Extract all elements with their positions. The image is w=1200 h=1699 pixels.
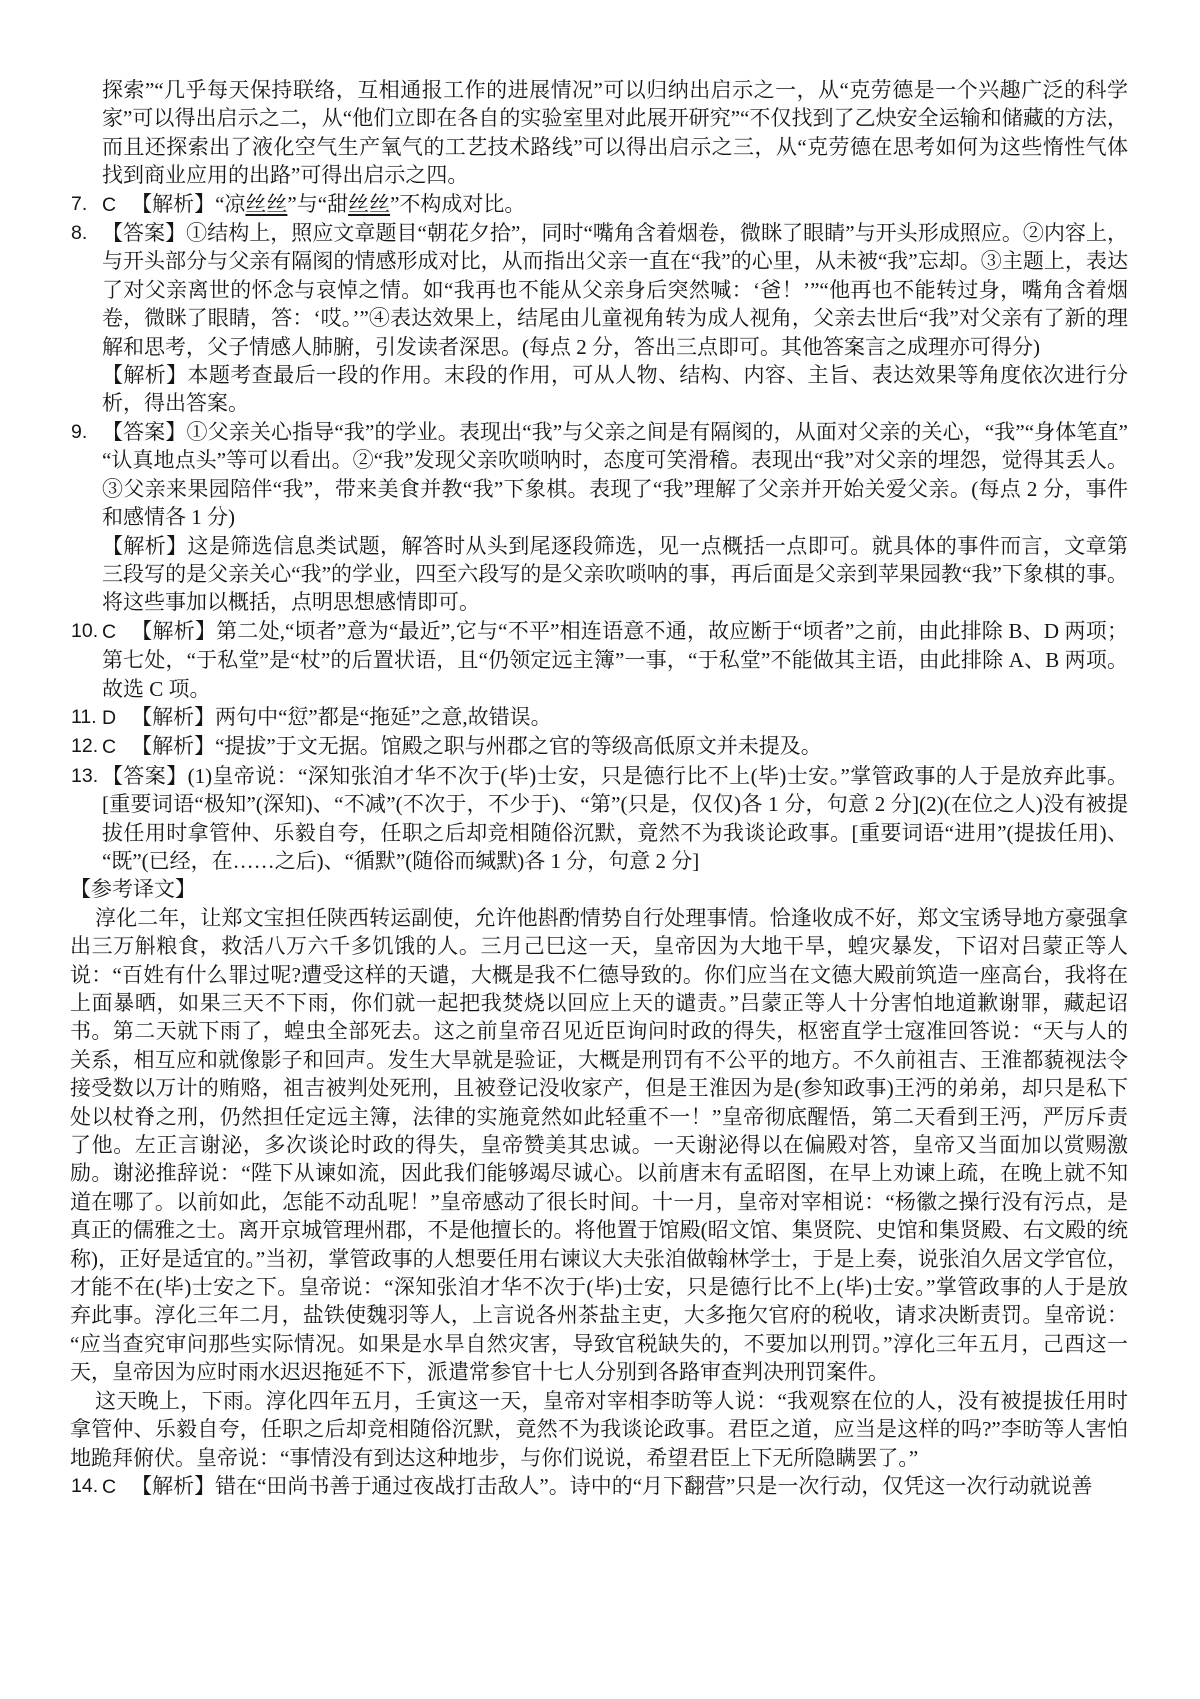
answer-letter: C xyxy=(102,736,131,758)
answer-letter: C xyxy=(102,1476,131,1498)
item-paragraph: D【解析】两句中“愆”都是“拖延”之意,故错误。 xyxy=(102,703,1128,732)
paragraph-text: 【解析】这是筛选信息类试题，解答时从头到尾逐段筛选，见一点概括一点即可。就具体的… xyxy=(102,534,1128,615)
answer-letter: C xyxy=(102,194,131,216)
paragraph-text: 【解析】“凉丝丝”与“甜丝丝”不构成对比。 xyxy=(131,192,525,216)
answer-item-12: 12.C【解析】“提拔”于文无据。馆殿之职与州郡之官的等级高低原文并未提及。 xyxy=(70,732,1128,761)
item-paragraph: C【解析】“提拔”于文无据。馆殿之职与州郡之官的等级高低原文并未提及。 xyxy=(102,732,1128,761)
answer-item-14: 14.C【解析】错在“田尚书善于通过夜战打击敌人”。诗中的“月下翻营”只是一次行… xyxy=(70,1472,1128,1501)
answer-item-7: 7.C【解析】“凉丝丝”与“甜丝丝”不构成对比。 xyxy=(70,190,1128,219)
paragraph-text: 【解析】两句中“愆”都是“拖延”之意,故错误。 xyxy=(131,705,552,729)
item-paragraph: 【答案】(1)皇帝说：“深知张洎才华不次于(毕)士安，只是德行比不上(毕)士安。… xyxy=(102,762,1128,876)
item-paragraph: 【答案】①父亲关心指导“我”的学业。表现出“我”与父亲之间是有隔阂的，从面对父亲… xyxy=(102,418,1128,532)
document-body: 探索”“几乎每天保持联络，互相通报工作的进展情况”可以归纳出启示之一，从“克劳德… xyxy=(70,76,1128,1501)
underlined-term: 丝丝 xyxy=(348,192,390,216)
answer-letter: D xyxy=(102,707,131,729)
item-paragraph: C【解析】“凉丝丝”与“甜丝丝”不构成对比。 xyxy=(102,190,1128,219)
item-number: 14. xyxy=(71,1472,98,1500)
paragraph-text: 【解析】本题考查最后一段的作用。末段的作用，可从人物、结构、内容、主旨、表达效果… xyxy=(102,363,1128,415)
item-number: 11. xyxy=(71,703,97,731)
paragraph-text: 【答案】①父亲关心指导“我”的学业。表现出“我”与父亲之间是有隔阂的，从面对父亲… xyxy=(102,420,1128,529)
item-paragraph: 【解析】这是筛选信息类试题，解答时从头到尾逐段筛选，见一点概括一点即可。就具体的… xyxy=(102,532,1128,617)
continuation-paragraph: 探索”“几乎每天保持联络，互相通报工作的进展情况”可以归纳出启示之一，从“克劳德… xyxy=(70,76,1128,190)
answer-item-9: 9.【答案】①父亲关心指导“我”的学业。表现出“我”与父亲之间是有隔阂的，从面对… xyxy=(70,418,1128,617)
item-paragraph: C【解析】第二处,“顷者”意为“最近”,它与“不平”相连语意不通，故应断于“顷者… xyxy=(102,617,1128,703)
paragraph-text: 【解析】“提拔”于文无据。馆殿之职与州郡之官的等级高低原文并未提及。 xyxy=(131,734,822,758)
answer-item-11: 11.D【解析】两句中“愆”都是“拖延”之意,故错误。 xyxy=(70,703,1128,732)
translation-paragraph-10: 这天晚上，下雨。淳化四年五月，壬寅这一天，皇帝对宰相李昉等人说：“我观察在位的人… xyxy=(70,1387,1128,1472)
item-number: 12. xyxy=(71,732,98,760)
item-number: 13. xyxy=(71,762,98,790)
item-paragraph: 【解析】本题考查最后一段的作用。末段的作用，可从人物、结构、内容、主旨、表达效果… xyxy=(102,361,1128,418)
item-paragraph: C【解析】错在“田尚书善于通过夜战打击敌人”。诗中的“月下翻营”只是一次行动，仅… xyxy=(102,1472,1128,1501)
item-number: 10. xyxy=(71,617,98,645)
paragraph-text: 【答案】(1)皇帝说：“深知张洎才华不次于(毕)士安，只是德行比不上(毕)士安。… xyxy=(102,764,1128,873)
answer-item-13: 13.【答案】(1)皇帝说：“深知张洎才华不次于(毕)士安，只是德行比不上(毕)… xyxy=(70,762,1128,876)
answer-key-page: 探索”“几乎每天保持联络，互相通报工作的进展情况”可以归纳出启示之一，从“克劳德… xyxy=(0,0,1200,1699)
reference-translation-heading: 【参考译文】 xyxy=(70,875,1128,903)
answer-letter: C xyxy=(102,621,131,643)
paragraph-text: 【解析】第二处,“顷者”意为“最近”,它与“不平”相连语意不通，故应断于“顷者”… xyxy=(102,619,1128,701)
paragraph-text: 【解析】错在“田尚书善于通过夜战打击敌人”。诗中的“月下翻营”只是一次行动，仅凭… xyxy=(131,1474,1092,1498)
answer-item-10: 10.C【解析】第二处,“顷者”意为“最近”,它与“不平”相连语意不通，故应断于… xyxy=(70,617,1128,703)
item-paragraph: 【答案】①结构上，照应文章题目“朝花夕拾”，同时“嘴角含着烟卷，微眯了眼睛”与开… xyxy=(102,219,1128,361)
answer-item-8: 8.【答案】①结构上，照应文章题目“朝花夕拾”，同时“嘴角含着烟卷，微眯了眼睛”… xyxy=(70,219,1128,418)
item-number: 8. xyxy=(71,219,87,247)
item-number: 7. xyxy=(71,190,87,218)
underlined-term: 丝丝 xyxy=(245,192,287,216)
paragraph-text: 【答案】①结构上，照应文章题目“朝花夕拾”，同时“嘴角含着烟卷，微眯了眼睛”与开… xyxy=(102,221,1128,359)
translation-paragraph-9: 淳化二年，让郑文宝担任陕西转运副使，允许他斟酌情势自行处理事情。恰逢收成不好，郑… xyxy=(70,904,1128,1387)
item-number: 9. xyxy=(71,418,87,446)
